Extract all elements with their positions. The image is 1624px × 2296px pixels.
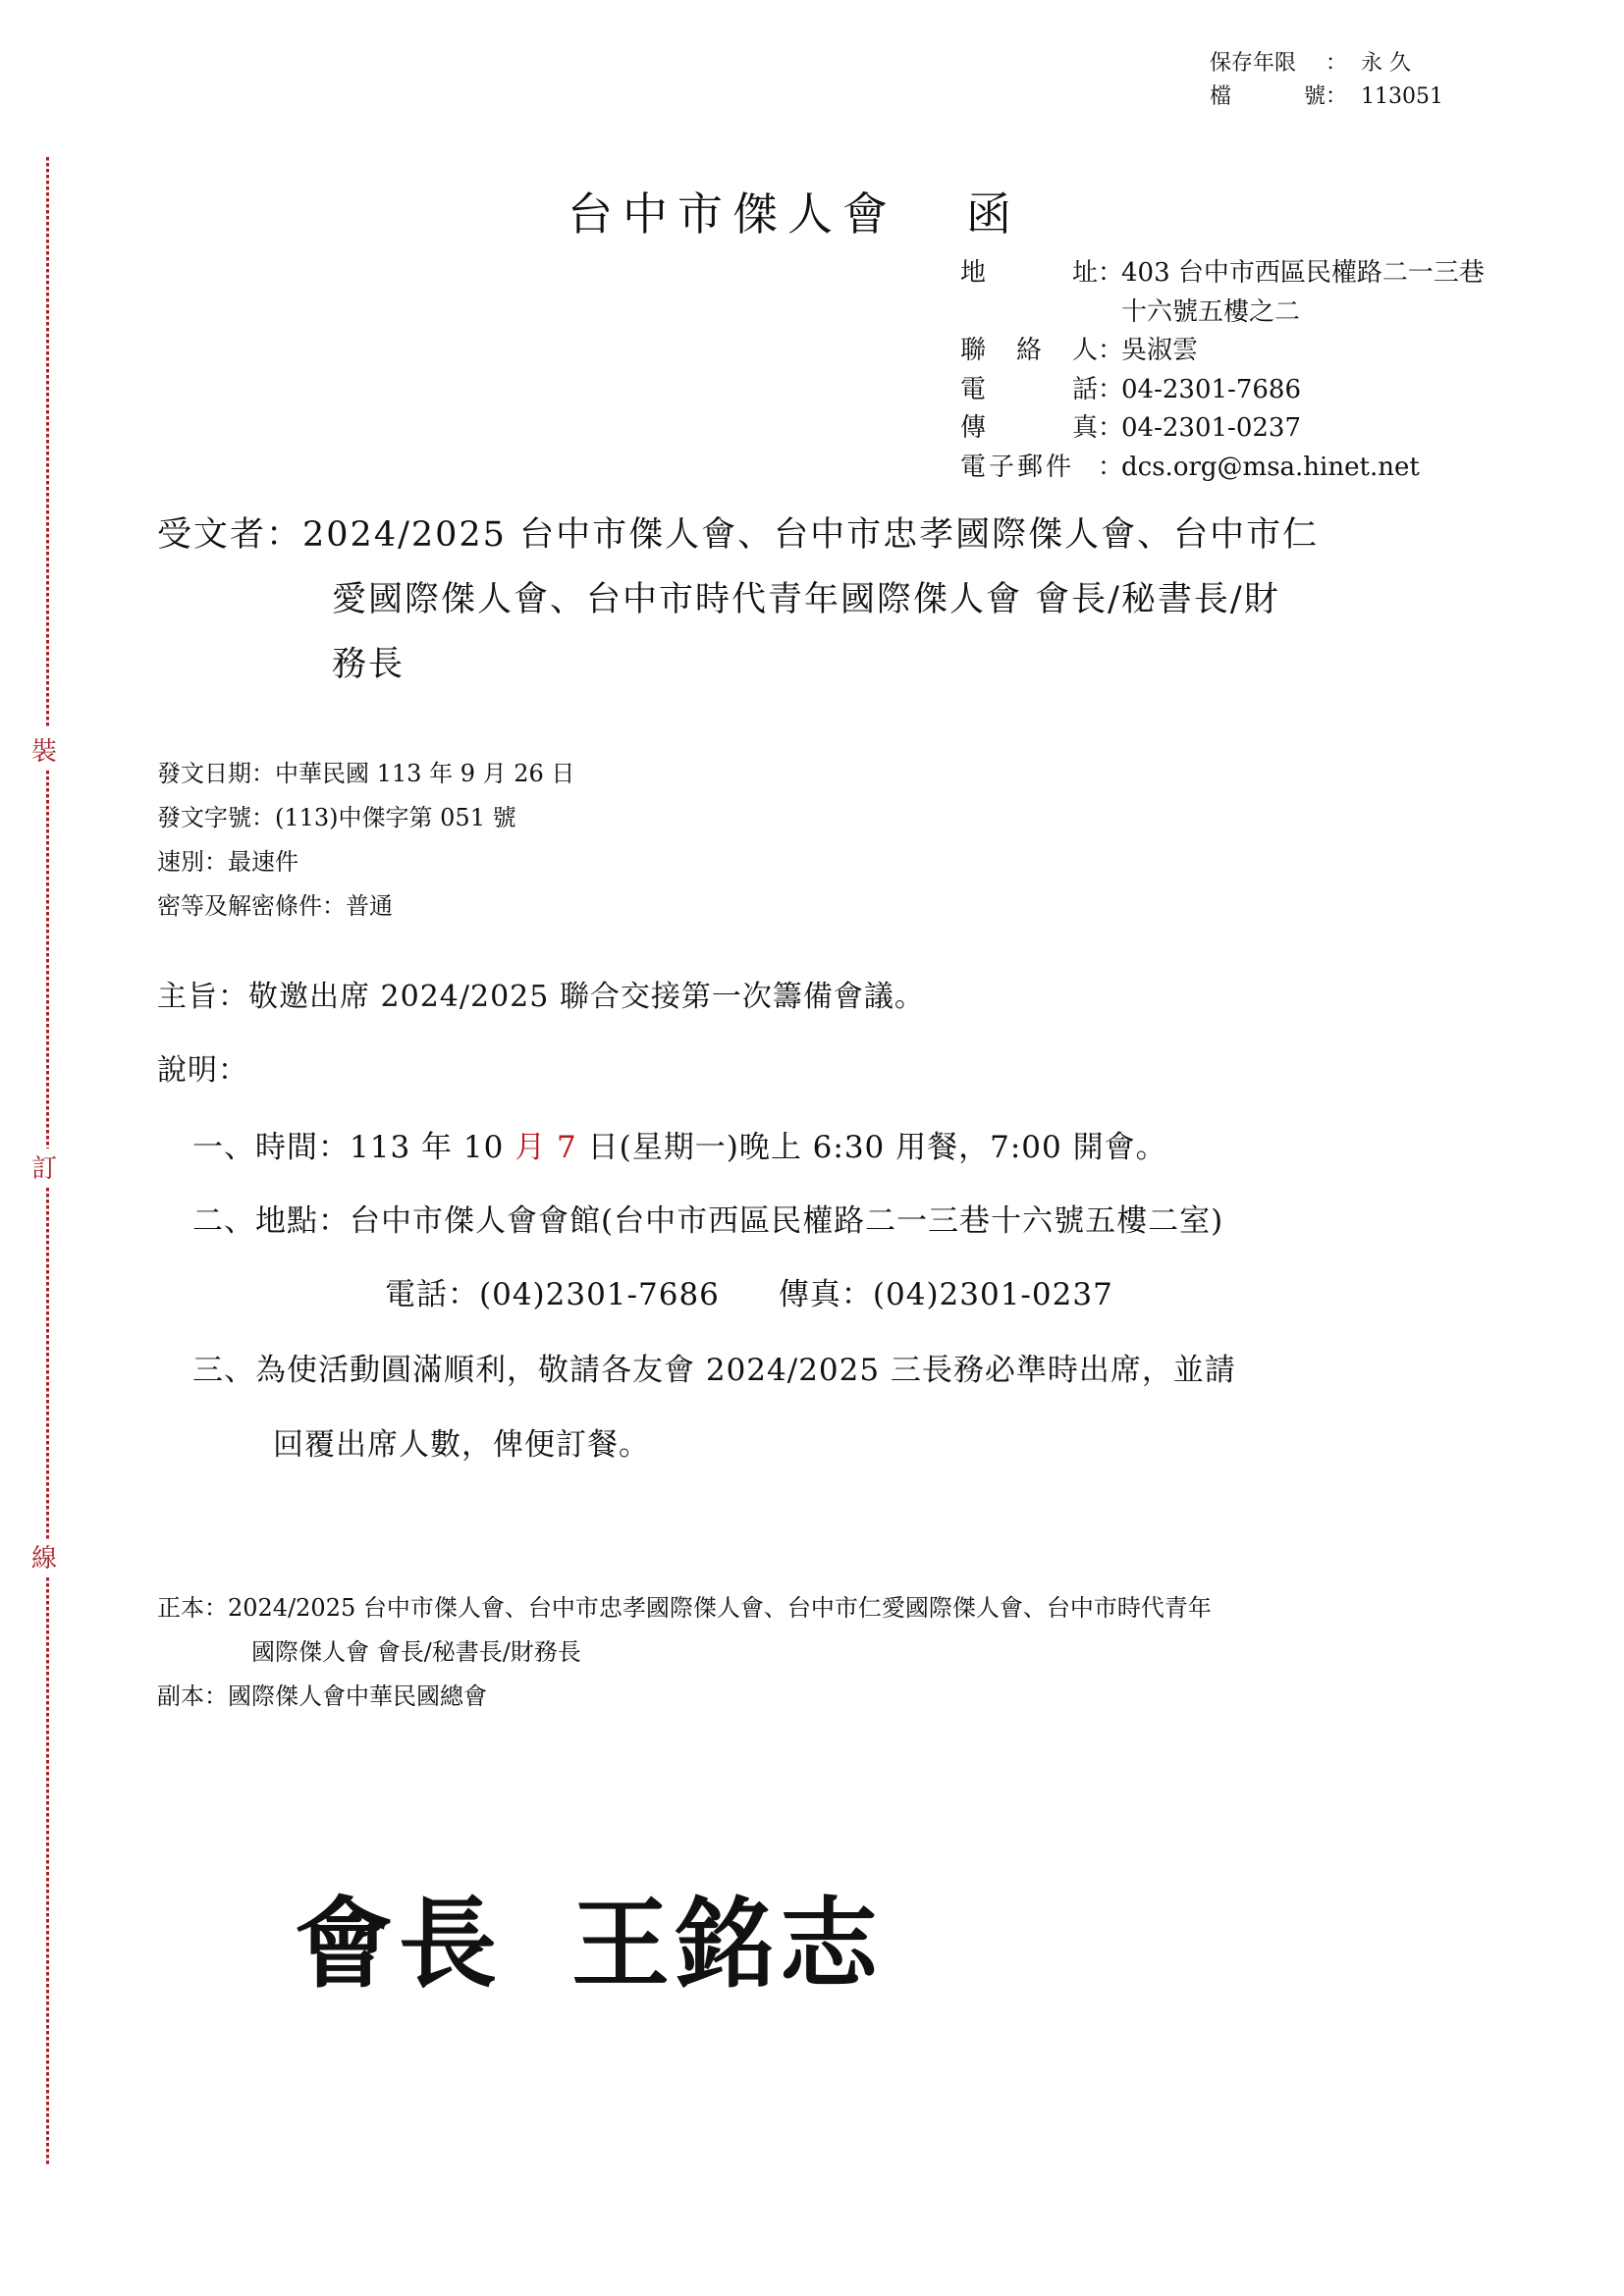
contact-block: 地 址 ： 403 台中市西區民權路二一三巷 十六號五樓之二 聯 絡 人 ： 吳… xyxy=(960,254,1485,487)
signature-name: 王銘志 xyxy=(571,1887,884,2002)
label-char: 人 xyxy=(1072,332,1098,371)
colon: ： xyxy=(1098,449,1121,488)
retention-value: 永 久 xyxy=(1361,47,1411,80)
original-recipients-line-1: 正本：2024/2025 台中市傑人會、台中市忠孝國際傑人會、台中市仁愛國際傑人… xyxy=(157,1586,1212,1630)
subject-line: 主旨：敬邀出席 2024/2025 聯合交接第一次籌備會議。 xyxy=(157,972,925,1015)
signature: 會長王銘志 xyxy=(295,1865,884,2006)
carbon-copy: 副本：國際傑人會中華民國總會 xyxy=(157,1675,1212,1719)
address-line-1: 403 台中市西區民權路二一三巷 xyxy=(1121,254,1485,294)
explanation-item-request: 三、為使活動圓滿順利，敬請各友會 2024/2025 三長務必準時出席，並請 xyxy=(192,1345,1236,1389)
file-number-value: 113051 xyxy=(1361,80,1443,114)
contact-person: 吳淑雲 xyxy=(1121,332,1198,371)
email-row: 電子郵件 ： dcs.org@msa.hinet.net xyxy=(960,449,1485,488)
binding-margin-line-bottom xyxy=(46,1577,49,2166)
explanation-item-time: 一、時間：113 年 10 月 7 日(星期一)晚上 6:30 用餐，7:00 … xyxy=(192,1122,1167,1166)
retention-label: 保存年限 xyxy=(1210,47,1326,80)
file-number-label-char: 號 xyxy=(1304,80,1326,114)
address-line-2-row: 十六號五樓之二 xyxy=(960,294,1485,333)
explanation-item-location: 二、地點：台中市傑人會會館(台中市西區民權路二一三巷十六號五樓二室) xyxy=(192,1196,1223,1240)
label-char: 真 xyxy=(1072,409,1098,449)
label-char: 聯 xyxy=(960,332,986,371)
time-month-highlight: 月 xyxy=(514,1130,546,1165)
address-line-2: 十六號五樓之二 xyxy=(1121,294,1300,333)
location-phone: 電話：(04)2301-7686 xyxy=(385,1277,720,1312)
file-number-colon: ： xyxy=(1326,80,1347,114)
retention-colon: ： xyxy=(1326,47,1347,80)
label-char: 絡 xyxy=(1016,332,1042,371)
location-contact-line: 電話：(04)2301-7686傳真：(04)2301-0237 xyxy=(385,1269,1113,1313)
issue-doc-number: 發文字號：(113)中傑字第 051 號 xyxy=(157,796,574,840)
binding-margin-line-top xyxy=(46,157,49,726)
margin-label-staple: 訂 xyxy=(31,1148,57,1185)
organization-name: 台中市傑人會 xyxy=(568,187,897,240)
email-address[interactable]: dcs.org@msa.hinet.net xyxy=(1121,449,1420,488)
classification: 密等及解密條件：普通 xyxy=(157,884,574,929)
colon: ： xyxy=(1098,254,1121,294)
document-title: 台中市傑人會函 xyxy=(568,179,1021,243)
file-number-label: 檔 號 xyxy=(1210,80,1326,114)
contact-person-row: 聯 絡 人 ： 吳淑雲 xyxy=(960,332,1485,371)
distribution-block: 正本：2024/2025 台中市傑人會、台中市忠孝國際傑人會、台中市仁愛國際傑人… xyxy=(157,1586,1212,1719)
margin-label-bind: 裝 xyxy=(31,731,57,768)
location-fax: 傳真：(04)2301-0237 xyxy=(779,1277,1113,1312)
margin-label-line: 線 xyxy=(31,1538,57,1575)
colon: ： xyxy=(1098,371,1121,410)
contact-person-label: 聯 絡 人 xyxy=(960,332,1098,371)
original-recipients-line-2: 國際傑人會 會長/秘書長/財務長 xyxy=(157,1630,1212,1675)
urgency: 速別：最速件 xyxy=(157,840,574,884)
explanation-label: 說明： xyxy=(157,1045,248,1089)
label-char: 話 xyxy=(1072,371,1098,410)
retention-row: 保存年限 ： 永 久 xyxy=(1210,47,1443,80)
recipient-text-1: 2024/2025 台中市傑人會、台中市忠孝國際傑人會、台中市仁 xyxy=(302,515,1319,555)
time-day-highlight: 7 xyxy=(546,1130,587,1165)
time-suffix: 日(星期一)晚上 6:30 用餐，7:00 開會。 xyxy=(588,1130,1167,1165)
binding-margin-line-lower xyxy=(46,1188,49,1541)
recipient-line-2: 愛國際傑人會、台中市時代青年國際傑人會 會長/秘書長/財 xyxy=(157,567,1319,632)
explanation-item-request-line-2: 回覆出席人數，俾便訂餐。 xyxy=(273,1419,650,1464)
colon: ： xyxy=(1098,332,1121,371)
recipient-line-1: 受文者：2024/2025 台中市傑人會、台中市忠孝國際傑人會、台中市仁 xyxy=(157,503,1319,567)
document-type: 函 xyxy=(966,187,1021,240)
email-label: 電子郵件 xyxy=(960,449,1098,488)
recipient-label: 受文者： xyxy=(157,515,302,555)
issue-date: 發文日期：中華民國 113 年 9 月 26 日 xyxy=(157,752,574,796)
label-char: 地 xyxy=(960,254,986,294)
fax-number: 04-2301-0237 xyxy=(1121,409,1301,449)
label-char: 址 xyxy=(1072,254,1098,294)
binding-margin-line-middle xyxy=(46,771,49,1148)
phone-number: 04-2301-7686 xyxy=(1121,371,1301,410)
phone-label: 電 話 xyxy=(960,371,1098,410)
label-char: 傳 xyxy=(960,409,986,449)
address-row: 地 址 ： 403 台中市西區民權路二一三巷 xyxy=(960,254,1485,294)
recipient-line-3: 務長 xyxy=(157,632,1319,697)
fax-row: 傳 真 ： 04-2301-0237 xyxy=(960,409,1485,449)
address-label: 地 址 xyxy=(960,254,1098,294)
phone-row: 電 話 ： 04-2301-7686 xyxy=(960,371,1485,410)
time-prefix: 一、時間：113 年 10 xyxy=(192,1130,514,1165)
fax-label: 傳 真 xyxy=(960,409,1098,449)
recipient-block: 受文者：2024/2025 台中市傑人會、台中市忠孝國際傑人會、台中市仁 愛國際… xyxy=(157,503,1319,697)
document-meta: 保存年限 ： 永 久 檔 號 ： 113051 xyxy=(1210,47,1443,114)
issue-info: 發文日期：中華民國 113 年 9 月 26 日 發文字號：(113)中傑字第 … xyxy=(157,752,574,929)
signature-title: 會長 xyxy=(295,1887,503,2002)
colon: ： xyxy=(1098,409,1121,449)
file-number-row: 檔 號 ： 113051 xyxy=(1210,80,1443,114)
label-char: 電 xyxy=(960,371,986,410)
file-number-label-char: 檔 xyxy=(1210,80,1231,114)
